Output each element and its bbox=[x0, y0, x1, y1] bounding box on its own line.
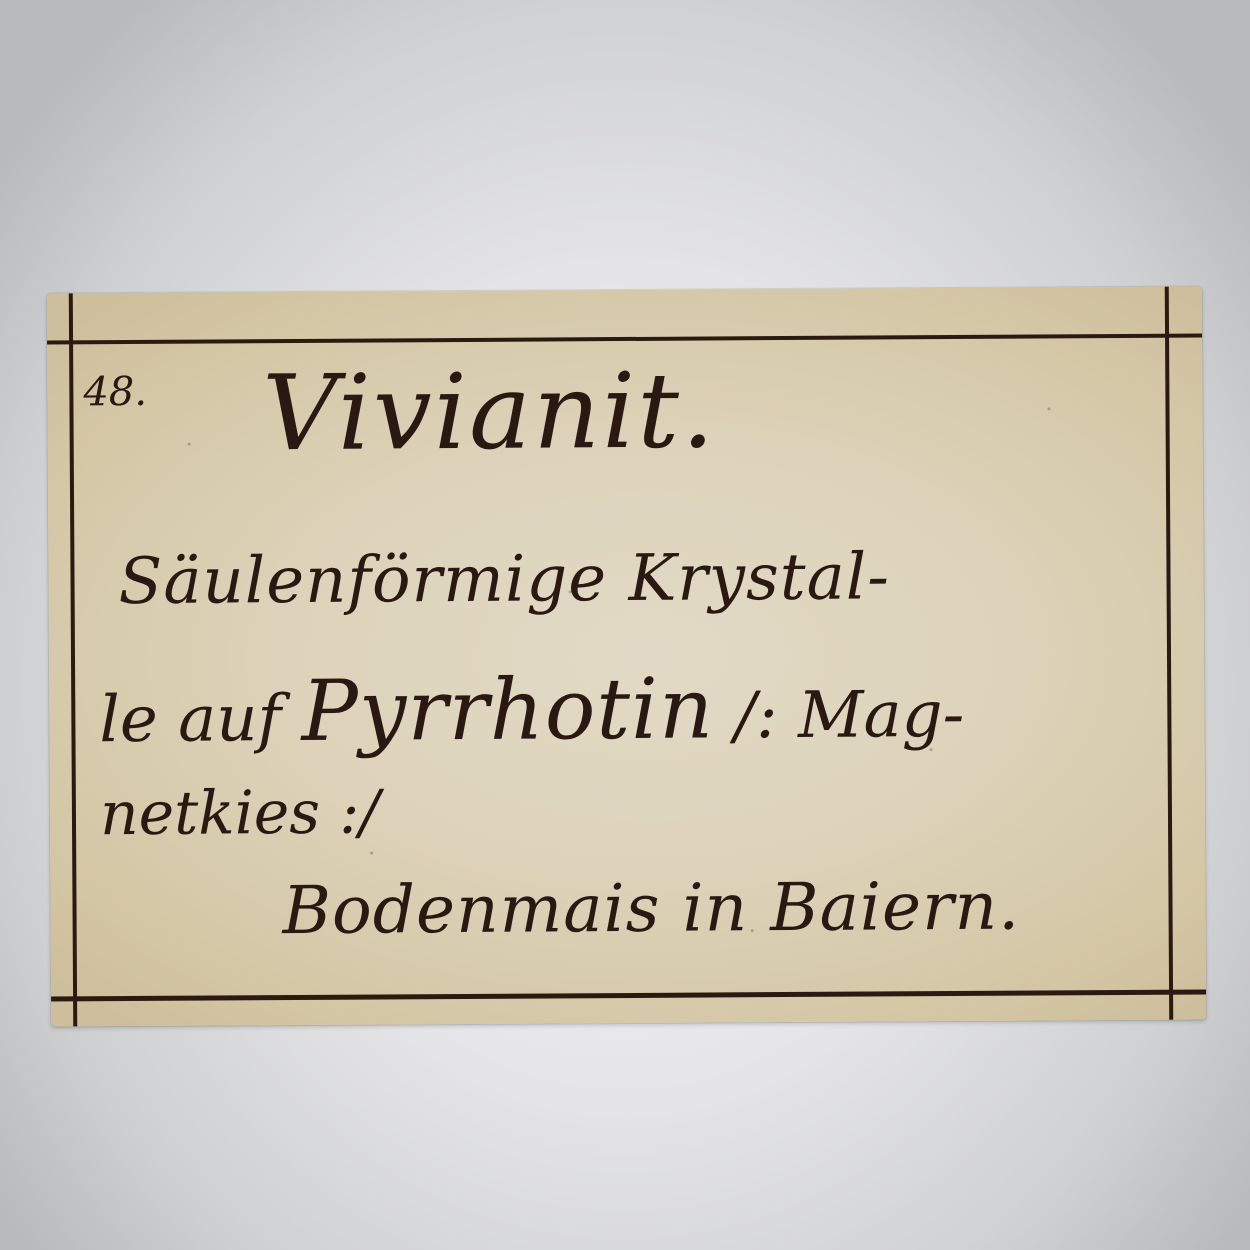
left-border-rule bbox=[69, 293, 77, 1026]
paper-speck bbox=[188, 443, 191, 446]
mineral-name: Vivianit. bbox=[262, 349, 716, 474]
description-line-3: netkies :/ bbox=[100, 778, 380, 850]
catalog-number: 48. bbox=[83, 369, 147, 415]
description-line-1: Säulenförmige Krystal- bbox=[118, 540, 890, 619]
specimen-label-card: 48. Vivianit. Säulenförmige Krystal- le … bbox=[47, 286, 1206, 1026]
right-border-rule bbox=[1165, 287, 1173, 1020]
description-line-2: le auf Pyrrhotin /: Mag- bbox=[99, 658, 964, 761]
description-prefix: le auf bbox=[99, 682, 281, 757]
paper-speck bbox=[569, 590, 572, 593]
paper-speck bbox=[751, 929, 754, 932]
host-mineral-name: Pyrrhotin bbox=[301, 659, 714, 760]
paper-speck bbox=[1047, 407, 1050, 410]
description-suffix: /: Mag- bbox=[734, 678, 964, 753]
bottom-border-rule bbox=[51, 989, 1206, 1001]
paper-speck bbox=[930, 748, 933, 751]
paper-speck bbox=[370, 852, 373, 855]
top-border-rule bbox=[47, 333, 1202, 344]
locality: Bodenmais in Baiern. bbox=[282, 868, 1020, 950]
